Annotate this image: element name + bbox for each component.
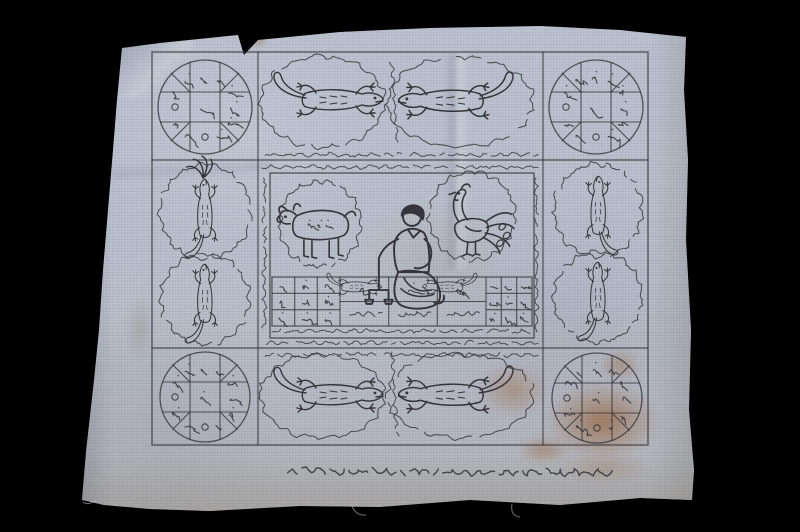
- script-ring: [385, 352, 534, 440]
- table-glyph: [505, 287, 511, 290]
- wheel-glyph: [577, 372, 582, 376]
- panel-script-top: [262, 165, 538, 170]
- caption-script: [288, 467, 612, 476]
- goat-body-glyph: [317, 220, 321, 227]
- band-script-top: [265, 152, 538, 157]
- table-glyph: [325, 285, 334, 294]
- outer-border: [152, 52, 648, 445]
- caption-handwriting: [288, 467, 612, 476]
- wheel-glyph: [228, 118, 243, 129]
- table-glyph: [521, 287, 531, 289]
- band-script-bottom: [265, 352, 538, 357]
- wheel-glyph: [228, 376, 237, 387]
- table-glyph: [325, 296, 333, 305]
- wheel-glyph: [173, 91, 179, 99]
- wheel-glyph: [609, 365, 618, 375]
- wheel-glyph: [593, 393, 599, 404]
- crocodile-top-left: [274, 72, 383, 117]
- wheel-glyph: [593, 363, 601, 377]
- script-ring: [426, 171, 516, 262]
- goat-body-glyph: [326, 220, 333, 229]
- photo-stage: วัดอุโบสถ บ้านเหล่า ตำบลทุ่งต้อม อำเภอสั…: [0, 0, 800, 532]
- table-glyph: [280, 287, 287, 293]
- wheel-glyph: [202, 134, 208, 140]
- wheel-glyph: [593, 134, 599, 140]
- lizard-right-lower: [578, 262, 610, 341]
- wheel-glyph: [174, 124, 178, 128]
- wheel-glyph: [172, 104, 178, 110]
- wheel-glyph: [201, 109, 215, 119]
- script-ring: [259, 354, 386, 440]
- table-word: [350, 312, 382, 317]
- lizard-crest: [187, 156, 213, 178]
- wheel-glyph: [201, 78, 207, 84]
- wheel-glyph: [185, 135, 198, 148]
- thread: [352, 506, 366, 515]
- generated-script-layer: [152, 52, 648, 445]
- wheel-glyph: [565, 86, 577, 100]
- wheel-glyph: [185, 74, 193, 88]
- wheel-glyph: [619, 86, 623, 96]
- wheel-glyph: [618, 122, 628, 125]
- panel-script-left: [262, 178, 267, 332]
- wheel-glyph: [565, 125, 574, 127]
- wheel-glyph: [623, 397, 631, 403]
- wheel-glyph: [608, 129, 620, 146]
- wheel-glyph: [621, 102, 627, 116]
- wheel-glyph: [231, 102, 240, 117]
- table-glyph: [490, 303, 502, 307]
- script-ring: [159, 253, 251, 346]
- wheel-glyph: [592, 72, 597, 84]
- wheel-glyph: [564, 395, 570, 401]
- table-glyph: [409, 283, 425, 294]
- crocodile-bottom-right: [398, 366, 513, 413]
- panel-script-right: [534, 178, 539, 332]
- wheel-diagonal: [173, 365, 190, 382]
- panel-script-bottom: [266, 340, 538, 345]
- script-ring: [385, 56, 534, 148]
- script-ring: [258, 54, 386, 150]
- script-ring: [552, 250, 643, 345]
- wheel-glyph: [229, 408, 234, 422]
- lizard-left-upper: [185, 179, 217, 258]
- wheel-glyph: [229, 86, 243, 97]
- wheel-glyph: [576, 420, 591, 436]
- table-glyph: [303, 300, 310, 305]
- wheel-diagonal: [612, 413, 629, 430]
- wheel-glyph: [230, 399, 242, 405]
- loose-threads: [83, 500, 520, 517]
- peacock-figure: [449, 184, 514, 256]
- crocodile-bottom-left: [274, 367, 383, 412]
- wheel-diagonal: [562, 73, 581, 92]
- wheel-glyph: [563, 104, 569, 110]
- crocodile-top-right: [398, 72, 513, 119]
- wheel-diagonal: [611, 73, 630, 92]
- yantra-ink-drawing: [0, 0, 800, 532]
- table-glyph: [302, 313, 317, 325]
- wheel-diagonal: [220, 73, 239, 92]
- table-glyph: [521, 302, 531, 310]
- table-glyph: [506, 297, 512, 304]
- center-top-flourish: [390, 62, 399, 142]
- wheel-glyph: [576, 79, 587, 84]
- wheel-glyph: [172, 408, 179, 421]
- wheel-glyph: [564, 409, 574, 417]
- wheel-diagonal: [171, 73, 190, 92]
- table-glyph: [279, 313, 287, 327]
- wheel-glyph: [201, 392, 210, 406]
- wheel-glyph: [591, 108, 603, 118]
- thread: [83, 500, 96, 504]
- table-glyph: [280, 301, 285, 307]
- wheel-glyph: [202, 424, 208, 430]
- table-glyph: [303, 280, 309, 289]
- table-glyph: [491, 287, 498, 289]
- thread: [512, 504, 520, 517]
- table-word: [447, 311, 479, 315]
- wheel-glyph: [217, 81, 225, 87]
- table-glyph: [505, 317, 516, 326]
- wheel-diagonal: [220, 365, 237, 382]
- table-glyph: [520, 313, 528, 322]
- lizard-right-upper: [586, 176, 618, 255]
- wheel-glyph: [185, 419, 200, 433]
- wheel-glyph: [594, 425, 600, 431]
- kneeling-person-figure: [365, 204, 444, 308]
- wheel-glyph: [172, 394, 178, 400]
- lizard-left-lower: [185, 264, 217, 343]
- table-glyph: [490, 313, 495, 321]
- table-word: [399, 311, 431, 316]
- table-glyph: [325, 313, 332, 325]
- wheel-glyph: [174, 376, 183, 393]
- panel-script-under-table: [272, 329, 530, 334]
- wheel-glyph: [201, 369, 207, 375]
